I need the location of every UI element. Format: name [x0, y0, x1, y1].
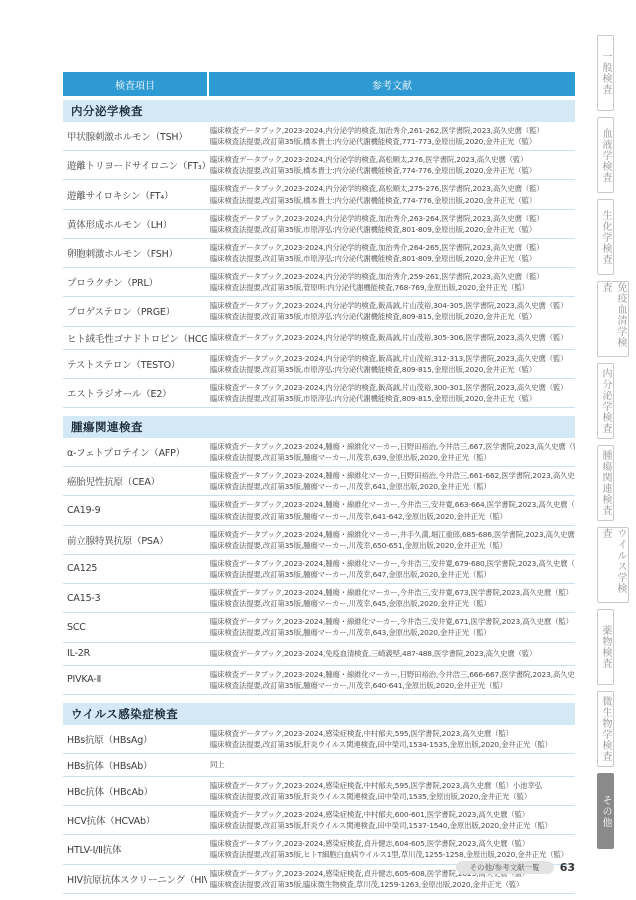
column-header-test-item: 検査項目 — [63, 72, 209, 96]
test-name: 甲状腺刺激ホルモン（TSH） — [63, 129, 207, 143]
table-row: HCV抗体（HCVAb）臨床検査データブック,2023-2024,感染症検査,中… — [63, 806, 575, 835]
table-row: HBs抗体（HBsAb）同上 — [63, 754, 575, 777]
sidebar-tab-virology[interactable]: ウイルス学検査 — [597, 527, 629, 603]
reference-cell: 臨床検査データブック,2023-2024,内分泌学的検査,加治秀介,261-26… — [207, 125, 575, 147]
test-name: ヒト絨毛性ゴナドトロピン（HCG） — [63, 331, 207, 345]
reference-line: 臨床検査法提要,改訂第35版,肝炎ウイルス関連検査,田中榮司,1534-1535… — [210, 739, 575, 750]
table-row: プロラクチン（PRL）臨床検査データブック,2023-2024,内分泌学的検査,… — [63, 268, 575, 297]
sidebar-tab-hematology[interactable]: 血液学検査 — [597, 117, 614, 193]
reference-line: 臨床検査データブック,2023-2024,感染症検査,中村郁夫,595,医学書院… — [210, 780, 575, 791]
reference-line: 臨床検査法提要,改訂第35版,腫瘍マーカー,川茂幸,641-642,金原出版,2… — [210, 511, 575, 522]
table-row: SCC臨床検査データブック,2023-2024,腫瘍・線維化マーカー,今井浩三,… — [63, 613, 575, 642]
table-row: 遊離トリヨードサイロニン（FT₃）臨床検査データブック,2023-2024,内分… — [63, 151, 575, 180]
reference-cell: 臨床検査データブック,2023-2024,感染症検査,貞升健志,604-605,… — [207, 838, 575, 860]
reference-line: 臨床検査データブック,2023-2024,内分泌学的検査,加治秀介,259-26… — [210, 271, 575, 282]
test-name: SCC — [63, 622, 207, 633]
reference-cell: 臨床検査データブック,2023-2024,腫瘍・線維化マーカー,今井浩三,安井寛… — [207, 616, 575, 638]
reference-cell: 臨床検査データブック,2023-2024,免疫血清検査,三崎義堅,487-488… — [207, 648, 575, 659]
reference-line: 臨床検査データブック,2023-2024,腫瘍・線維化マーカー,日野田裕治,今井… — [210, 470, 575, 481]
reference-line: 臨床検査法提要,改訂第35版,腫瘍マーカー,川茂幸,639,金原出版,2020,… — [210, 452, 575, 463]
reference-line: 臨床検査データブック,2023-2024,内分泌学的検査,加治秀介,264-26… — [210, 242, 575, 253]
reference-cell: 臨床検査データブック,2023-2024,内分泌学的検査,高松順太,276,医学… — [207, 154, 575, 176]
table-header: 検査項目 参考文献 — [63, 72, 575, 96]
reference-line: 臨床検査データブック,2023-2024,内分泌学的検査,加治秀介,261-26… — [210, 125, 575, 136]
reference-line: 臨床検査データブック,2023-2024,腫瘍・線維化マーカー,今井浩三,安井寛… — [210, 587, 575, 598]
table-row: 遊離サイロキシン（FT₄）臨床検査データブック,2023-2024,内分泌学的検… — [63, 180, 575, 209]
reference-line: 臨床検査データブック,2023-2024,感染症検査,中村郁夫,595,医学書院… — [210, 728, 575, 739]
reference-line: 臨床検査データブック,2023-2024,腫瘍・線維化マーカー,日野田裕治,今井… — [210, 669, 575, 680]
reference-line: 臨床検査法提要,改訂第35版,菅原明:内分泌代謝機能検査,768-769,金原出… — [210, 282, 575, 293]
test-name: 遊離サイロキシン（FT₄） — [63, 188, 207, 202]
reference-cell: 臨床検査データブック,2023-2024,腫瘍・線維化マーカー,井手久満,堀江重… — [207, 529, 575, 551]
reference-cell: 同上 — [207, 759, 575, 770]
reference-line: 臨床検査法提要,改訂第35版,臨床微生物検査,草川茂,1259-1263,金原出… — [210, 879, 575, 890]
reference-cell: 臨床検査データブック,2023-2024,内分泌学的検査,加治秀介,263-26… — [207, 213, 575, 235]
sidebar-tab-drug[interactable]: 薬物検査 — [597, 609, 614, 685]
sidebar-tab-general[interactable]: 一般検査 — [597, 35, 614, 111]
section-header: 腫瘍関連検査 — [63, 416, 575, 438]
reference-line: 臨床検査法提要,改訂第35版,市原淳弘:内分泌代謝機能検査,809-815,金原… — [210, 364, 575, 375]
reference-line: 臨床検査法提要,改訂第35版,肝炎ウイルス関連検査,田中榮司,1535,金原出版… — [210, 791, 575, 802]
reference-line: 臨床検査データブック,2023-2024,感染症検査,貞升健志,604-605,… — [210, 838, 575, 849]
table-row: ヒト絨毛性ゴナドトロピン（HCG）臨床検査データブック,2023-2024,内分… — [63, 327, 575, 350]
sidebar-tab-microbiology[interactable]: 微生物学検査 — [597, 691, 614, 767]
reference-line: 臨床検査データブック,2023-2024,内分泌学的検査,高松順太,275-27… — [210, 183, 575, 194]
page-number: 63 — [560, 861, 575, 874]
reference-cell: 臨床検査データブック,2023-2024,感染症検査,中村郁夫,600-601,… — [207, 809, 575, 831]
test-name: プロゲステロン（PRGE） — [63, 304, 207, 318]
reference-cell: 臨床検査データブック,2023-2024,内分泌学的検査,飯高誠,片山茂裕,31… — [207, 353, 575, 375]
sidebar-tab-other[interactable]: その他 — [597, 773, 614, 849]
reference-line: 臨床検査法提要,改訂第35版,橋本貴士:内分泌代謝機能検査,774-776,金原… — [210, 165, 575, 176]
reference-line: 臨床検査法提要,改訂第35版,市原淳弘:内分泌代謝機能検査,809-815,金原… — [210, 393, 575, 404]
reference-line: 臨床検査法提要,改訂第35版,腫瘍マーカー,川茂幸,643,金原出版,2020,… — [210, 627, 575, 638]
section: 内分泌学検査甲状腺刺激ホルモン（TSH）臨床検査データブック,2023-2024… — [63, 100, 575, 408]
test-name: α-フェトプロテイン（AFP） — [63, 445, 207, 459]
sidebar-tab-biochemistry[interactable]: 生化学検査 — [597, 199, 614, 275]
test-name: 黄体形成ホルモン（LH） — [63, 217, 207, 231]
footer-section-label: その他/参考文献一覧 — [456, 861, 554, 874]
table-row: HBc抗体（HBcAb）臨床検査データブック,2023-2024,感染症検査,中… — [63, 777, 575, 806]
reference-line: 臨床検査データブック,2023-2024,内分泌学的検査,高松順太,276,医学… — [210, 154, 575, 165]
table-row: プロゲステロン（PRGE）臨床検査データブック,2023-2024,内分泌学的検… — [63, 297, 575, 326]
reference-cell: 臨床検査データブック,2023-2024,腫瘍・線維化マーカー,日野田裕治,今井… — [207, 441, 575, 463]
reference-cell: 臨床検査データブック,2023-2024,感染症検査,中村郁夫,595,医学書院… — [207, 780, 575, 802]
table-row: α-フェトプロテイン（AFP）臨床検査データブック,2023-2024,腫瘍・線… — [63, 438, 575, 467]
table-row: IL-2R臨床検査データブック,2023-2024,免疫血清検査,三崎義堅,48… — [63, 643, 575, 666]
test-name: HBs抗体（HBsAb） — [63, 758, 207, 772]
test-name: CA125 — [63, 563, 207, 574]
reference-line: 臨床検査法提要,改訂第35版,腫瘍マーカー,川茂幸,647,金原出版,2020,… — [210, 569, 575, 580]
reference-line: 臨床検査法提要,改訂第35版,腫瘍マーカー,川茂幸,641,金原出版,2020,… — [210, 481, 575, 492]
reference-line: 臨床検査データブック,2023-2024,腫瘍・線維化マーカー,今井浩三,安井寛… — [210, 616, 575, 627]
reference-line: 臨床検査データブック,2023-2024,腫瘍・線維化マーカー,今井浩三,安井寛… — [210, 499, 575, 510]
reference-line: 臨床検査データブック,2023-2024,内分泌学的検査,飯高誠,片山茂裕,30… — [210, 332, 575, 343]
page-footer: その他/参考文献一覧 63 — [63, 861, 575, 874]
reference-cell: 臨床検査データブック,2023-2024,腫瘍・線維化マーカー,日野田裕治,今井… — [207, 669, 575, 691]
reference-cell: 臨床検査データブック,2023-2024,感染症検査,中村郁夫,595,医学書院… — [207, 728, 575, 750]
test-name: HTLV-Ⅰ/Ⅱ抗体 — [63, 842, 207, 856]
sidebar-tab-endocrinology[interactable]: 内分泌学検査 — [597, 363, 614, 439]
sidebar-tab-immunoserology[interactable]: 免疫血清学検査 — [597, 281, 629, 357]
test-name: HCV抗体（HCVAb） — [63, 813, 207, 827]
sidebar-tabs: 一般検査血液学検査生化学検査免疫血清学検査内分泌学検査腫瘍関連検査ウイルス学検査… — [597, 35, 633, 855]
reference-line: 臨床検査データブック,2023-2024,内分泌学的検査,飯高誠,片山茂裕,30… — [210, 300, 575, 311]
test-name: 癌胎児性抗原（CEA） — [63, 474, 207, 488]
table-row: HBs抗原（HBsAg）臨床検査データブック,2023-2024,感染症検査,中… — [63, 725, 575, 754]
reference-table: 検査項目 参考文献 内分泌学検査甲状腺刺激ホルモン（TSH）臨床検査データブック… — [63, 72, 575, 894]
test-name: 遊離トリヨードサイロニン（FT₃） — [63, 158, 207, 172]
reference-line: 臨床検査法提要,改訂第35版,市原淳弘:内分泌代謝機能検査,809-815,金原… — [210, 311, 575, 322]
test-name: CA15-3 — [63, 593, 207, 604]
reference-line: 臨床検査データブック,2023-2024,感染症検査,中村郁夫,600-601,… — [210, 809, 575, 820]
sidebar-tab-tumor[interactable]: 腫瘍関連検査 — [597, 445, 614, 521]
reference-cell: 臨床検査データブック,2023-2024,内分泌学的検査,飯高誠,片山茂裕,30… — [207, 300, 575, 322]
reference-line: 臨床検査データブック,2023-2024,内分泌学的検査,飯高誠,片山茂裕,30… — [210, 382, 575, 393]
reference-cell: 臨床検査データブック,2023-2024,腫瘍・線維化マーカー,今井浩三,安井寛… — [207, 499, 575, 521]
test-name: テストステロン（TESTO） — [63, 357, 207, 371]
table-sections: 内分泌学検査甲状腺刺激ホルモン（TSH）臨床検査データブック,2023-2024… — [63, 100, 575, 894]
table-row: 前立腺特異抗原（PSA）臨床検査データブック,2023-2024,腫瘍・線維化マ… — [63, 526, 575, 555]
reference-line: 臨床検査法提要,改訂第35版,腫瘍マーカー,川茂幸,640-641,金原出版,2… — [210, 680, 575, 691]
table-row: 黄体形成ホルモン（LH）臨床検査データブック,2023-2024,内分泌学的検査… — [63, 210, 575, 239]
reference-line: 臨床検査データブック,2023-2024,免疫血清検査,三崎義堅,487-488… — [210, 648, 575, 659]
test-name: IL-2R — [63, 648, 207, 659]
reference-line: 臨床検査データブック,2023-2024,腫瘍・線維化マーカー,今井浩三,安井寛… — [210, 558, 575, 569]
reference-cell: 臨床検査データブック,2023-2024,腫瘍・線維化マーカー,今井浩三,安井寛… — [207, 587, 575, 609]
reference-line: 臨床検査データブック,2023-2024,内分泌学的検査,飯高誠,片山茂裕,31… — [210, 353, 575, 364]
test-name: プロラクチン（PRL） — [63, 275, 207, 289]
test-name: HBs抗原（HBsAg） — [63, 732, 207, 746]
reference-cell: 臨床検査データブック,2023-2024,内分泌学的検査,加治秀介,259-26… — [207, 271, 575, 293]
test-name: エストラジオール（E2） — [63, 386, 207, 400]
reference-line: 臨床検査法提要,改訂第35版,橋本貴士:内分泌代謝機能検査,774-776,金原… — [210, 195, 575, 206]
test-name: 卵胞刺激ホルモン（FSH） — [63, 246, 207, 260]
reference-line: 臨床検査法提要,改訂第35版,市原淳弘:内分泌代謝機能検査,801-809,金原… — [210, 253, 575, 264]
reference-line: 臨床検査法提要,改訂第35版,ヒトT細胞白血病ウイルス1型,草川茂,1255-1… — [210, 849, 575, 860]
table-row: PIVKA-Ⅱ臨床検査データブック,2023-2024,腫瘍・線維化マーカー,日… — [63, 666, 575, 695]
reference-cell: 臨床検査データブック,2023-2024,内分泌学的検査,飯高誠,片山茂裕,30… — [207, 382, 575, 404]
table-row: CA15-3臨床検査データブック,2023-2024,腫瘍・線維化マーカー,今井… — [63, 584, 575, 613]
reference-line: 同上 — [210, 759, 575, 770]
reference-cell: 臨床検査データブック,2023-2024,腫瘍・線維化マーカー,今井浩三,安井寛… — [207, 558, 575, 580]
test-name: 前立腺特異抗原（PSA） — [63, 533, 207, 547]
test-name: CA19-9 — [63, 505, 207, 516]
table-row: CA19-9臨床検査データブック,2023-2024,腫瘍・線維化マーカー,今井… — [63, 496, 575, 525]
table-row: 卵胞刺激ホルモン（FSH）臨床検査データブック,2023-2024,内分泌学的検… — [63, 239, 575, 268]
reference-line: 臨床検査法提要,改訂第35版,橋本貴士:内分泌代謝機能検査,771-773,金原… — [210, 136, 575, 147]
page: 検査項目 参考文献 内分泌学検査甲状腺刺激ホルモン（TSH）臨床検査データブック… — [0, 0, 636, 900]
reference-cell: 臨床検査データブック,2023-2024,内分泌学的検査,飯高誠,片山茂裕,30… — [207, 332, 575, 343]
test-name: PIVKA-Ⅱ — [63, 674, 207, 685]
reference-line: 臨床検査データブック,2023-2024,内分泌学的検査,加治秀介,263-26… — [210, 213, 575, 224]
column-header-references: 参考文献 — [209, 72, 575, 96]
reference-cell: 臨床検査データブック,2023-2024,内分泌学的検査,高松順太,275-27… — [207, 183, 575, 205]
reference-cell: 臨床検査データブック,2023-2024,内分泌学的検査,加治秀介,264-26… — [207, 242, 575, 264]
table-row: 甲状腺刺激ホルモン（TSH）臨床検査データブック,2023-2024,内分泌学的… — [63, 122, 575, 151]
table-row: 癌胎児性抗原（CEA）臨床検査データブック,2023-2024,腫瘍・線維化マー… — [63, 467, 575, 496]
reference-line: 臨床検査法提要,改訂第35版,腫瘍マーカー,川茂幸,645,金原出版,2020,… — [210, 598, 575, 609]
reference-line: 臨床検査法提要,改訂第35版,肝炎ウイルス関連検査,田中榮司,1537-1540… — [210, 820, 575, 831]
reference-line: 臨床検査データブック,2023-2024,腫瘍・線維化マーカー,日野田裕治,今井… — [210, 441, 575, 452]
test-name: HBc抗体（HBcAb） — [63, 784, 207, 798]
table-row: エストラジオール（E2）臨床検査データブック,2023-2024,内分泌学的検査… — [63, 379, 575, 408]
table-row: CA125臨床検査データブック,2023-2024,腫瘍・線維化マーカー,今井浩… — [63, 555, 575, 584]
section-header: ウイルス感染症検査 — [63, 703, 575, 725]
section-header: 内分泌学検査 — [63, 100, 575, 122]
reference-line: 臨床検査データブック,2023-2024,腫瘍・線維化マーカー,井手久満,堀江重… — [210, 529, 575, 540]
section: 腫瘍関連検査α-フェトプロテイン（AFP）臨床検査データブック,2023-202… — [63, 416, 575, 695]
table-row: テストステロン（TESTO）臨床検査データブック,2023-2024,内分泌学的… — [63, 350, 575, 379]
reference-line: 臨床検査法提要,改訂第35版,市原淳弘:内分泌代謝機能検査,801-809,金原… — [210, 224, 575, 235]
reference-cell: 臨床検査データブック,2023-2024,腫瘍・線維化マーカー,日野田裕治,今井… — [207, 470, 575, 492]
reference-line: 臨床検査法提要,改訂第35版,腫瘍マーカー,川茂幸,650-651,金原出版,2… — [210, 540, 575, 551]
